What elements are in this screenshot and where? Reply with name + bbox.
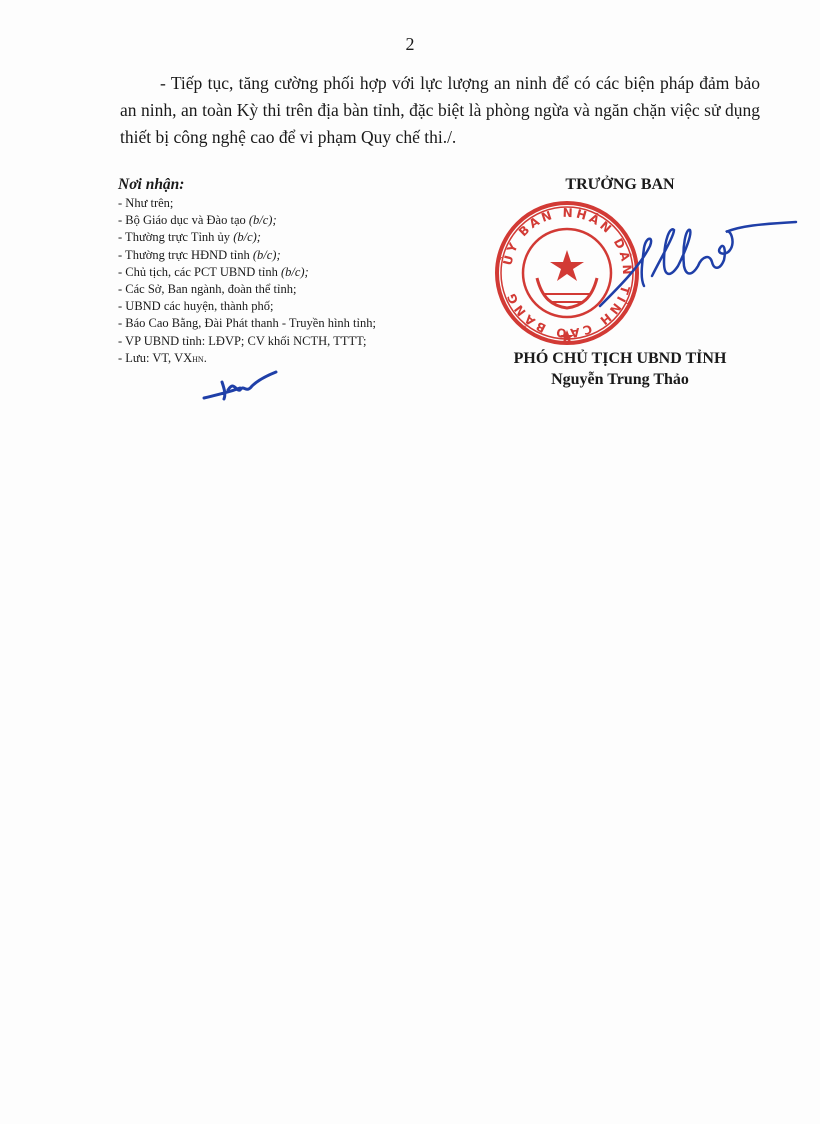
recipient-item: - Các Sở, Ban ngành, đoàn thể tỉnh; [118,281,478,298]
signer-name: Nguyễn Trung Thảo [470,371,770,389]
recipient-item-archive: - Lưu: VT, VXHN. [118,350,478,368]
recipient-item: - UBND các huyện, thành phố; [118,298,478,315]
body-paragraph-text: - Tiếp tục, tăng cường phối hợp với lực … [120,70,760,151]
recipients-title: Nơi nhận: [118,176,478,194]
recipient-item: - Thường trực HĐND tỉnh (b/c); [118,247,478,264]
recipient-item: - Báo Cao Bằng, Đài Phát thanh - Truyền … [118,315,478,332]
recipients-list: - Như trên; - Bộ Giáo dục và Đào tạo (b/… [118,195,478,368]
handwritten-signature-icon [570,206,800,316]
recipient-item: - Chủ tịch, các PCT UBND tỉnh (b/c); [118,264,478,281]
recipients-section: Nơi nhận: - Như trên; - Bộ Giáo dục và Đ… [118,176,478,368]
page-number: 2 [0,34,820,55]
signer-title: TRƯỞNG BAN [470,176,770,194]
signer-position: PHÓ CHỦ TỊCH UBND TỈNH [470,350,770,368]
recipient-item: - Bộ Giáo dục và Đào tạo (b/c); [118,212,478,229]
initials-signature-icon [200,368,280,404]
recipient-item: - Như trên; [118,195,478,212]
recipient-item: - VP UBND tỉnh: LĐVP; CV khối NCTH, TTTT… [118,333,478,350]
body-paragraph: - Tiếp tục, tăng cường phối hợp với lực … [120,70,760,151]
recipient-item: - Thường trực Tỉnh ủy (b/c); [118,229,478,246]
